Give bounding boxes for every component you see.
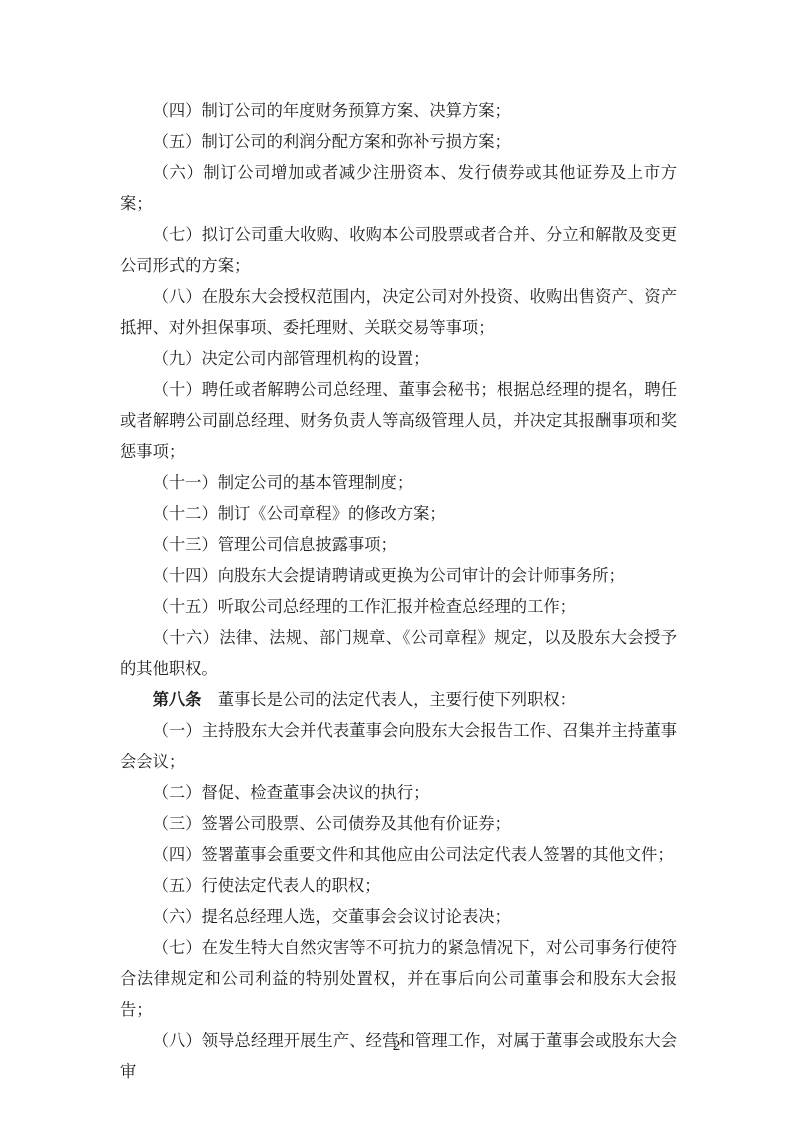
paragraph: （三）签署公司股票、公司债券及其他有价证券； [120, 808, 677, 839]
paragraph-text: （三）签署公司股票、公司债券及其他有价证券； [153, 814, 511, 833]
paragraph: （十一）制定公司的基本管理制度； [120, 467, 677, 498]
paragraph: （一）主持股东大会并代表董事会向股东大会报告工作、召集并主持董事会会议； [120, 715, 677, 777]
paragraph-text: （六）制订公司增加或者减少注册资本、发行债券或其他证券及上市方案； [120, 163, 677, 213]
paragraph-text: （五）行使法定代表人的职权； [153, 876, 381, 895]
paragraph: 第八条 董事长是公司的法定代表人，主要行使下列职权： [120, 684, 677, 715]
paragraph-text: （十一）制定公司的基本管理制度； [153, 473, 414, 492]
document-body: （四）制订公司的年度财务预算方案、决算方案；（五）制订公司的利润分配方案和弥补亏… [120, 95, 677, 1087]
paragraph-text: （十五）听取公司总经理的工作汇报并检查总经理的工作； [153, 597, 576, 616]
page-number: 2 [0, 1036, 793, 1056]
paragraph: （九）决定公司内部管理机构的设置； [120, 343, 677, 374]
paragraph-text: （九）决定公司内部管理机构的设置； [153, 349, 430, 368]
paragraph-text: （一）主持股东大会并代表董事会向股东大会报告工作、召集并主持董事会会议； [120, 721, 677, 771]
document-page: （四）制订公司的年度财务预算方案、决算方案；（五）制订公司的利润分配方案和弥补亏… [0, 0, 793, 1122]
paragraph-text: 董事长是公司的法定代表人，主要行使下列职权： [201, 690, 575, 709]
paragraph-text: （十四）向股东大会提请聘请或更换为公司审计的会计师事务所； [153, 566, 625, 585]
paragraph-text: （七）拟订公司重大收购、收购本公司股票或者合并、分立和解散及变更公司形式的方案； [120, 225, 677, 275]
paragraph-text: （四）签署董事会重要文件和其他应由公司法定代表人签署的其他文件； [153, 845, 674, 864]
paragraph-text: （六）提名总经理人选，交董事会会议讨论表决； [153, 907, 511, 926]
paragraph: （四）制订公司的年度财务预算方案、决算方案； [120, 95, 677, 126]
paragraph-text: （八）在股东大会授权范围内，决定公司对外投资、收购出售资产、资产抵押、对外担保事… [120, 287, 677, 337]
paragraph: （六）提名总经理人选，交董事会会议讨论表决； [120, 901, 677, 932]
paragraph: （十六）法律、法规、部门规章、《公司章程》规定，以及股东大会授予的其他职权。 [120, 622, 677, 684]
paragraph-text: （二）督促、检查董事会决议的执行； [153, 783, 430, 802]
paragraph-text: （十六）法律、法规、部门规章、《公司章程》规定，以及股东大会授予的其他职权。 [120, 628, 677, 678]
paragraph: （五）制订公司的利润分配方案和弥补亏损方案； [120, 126, 677, 157]
paragraph-text: （十二）制订《公司章程》的修改方案； [153, 504, 446, 523]
paragraph: （十二）制订《公司章程》的修改方案； [120, 498, 677, 529]
paragraph: （八）领导总经理开展生产、经营和管理工作，对属于董事会或股东大会审 [120, 1025, 677, 1087]
paragraph: （五）行使法定代表人的职权； [120, 870, 677, 901]
paragraph: （七）在发生特大自然灾害等不可抗力的紧急情况下，对公司事务行使符合法律规定和公司… [120, 932, 677, 1025]
paragraph: （六）制订公司增加或者减少注册资本、发行债券或其他证券及上市方案； [120, 157, 677, 219]
paragraph: （七）拟订公司重大收购、收购本公司股票或者合并、分立和解散及变更公司形式的方案； [120, 219, 677, 281]
paragraph-text: （五）制订公司的利润分配方案和弥补亏损方案； [153, 132, 511, 151]
paragraph-text: （四）制订公司的年度财务预算方案、决算方案； [153, 101, 511, 120]
paragraph: （二）督促、检查董事会决议的执行； [120, 777, 677, 808]
paragraph: （十四）向股东大会提请聘请或更换为公司审计的会计师事务所； [120, 560, 677, 591]
paragraph-text: （七）在发生特大自然灾害等不可抗力的紧急情况下，对公司事务行使符合法律规定和公司… [120, 938, 677, 1019]
paragraph: （十三）管理公司信息披露事项； [120, 529, 677, 560]
paragraph: （十）聘任或者解聘公司总经理、董事会秘书；根据总经理的提名，聘任或者解聘公司副总… [120, 374, 677, 467]
paragraph: （十五）听取公司总经理的工作汇报并检查总经理的工作； [120, 591, 677, 622]
article-number: 第八条 [153, 690, 202, 709]
paragraph: （八）在股东大会授权范围内，决定公司对外投资、收购出售资产、资产抵押、对外担保事… [120, 281, 677, 343]
paragraph: （四）签署董事会重要文件和其他应由公司法定代表人签署的其他文件； [120, 839, 677, 870]
paragraph-text: （十）聘任或者解聘公司总经理、董事会秘书；根据总经理的提名，聘任或者解聘公司副总… [120, 380, 677, 461]
paragraph-text: （十三）管理公司信息披露事项； [153, 535, 397, 554]
